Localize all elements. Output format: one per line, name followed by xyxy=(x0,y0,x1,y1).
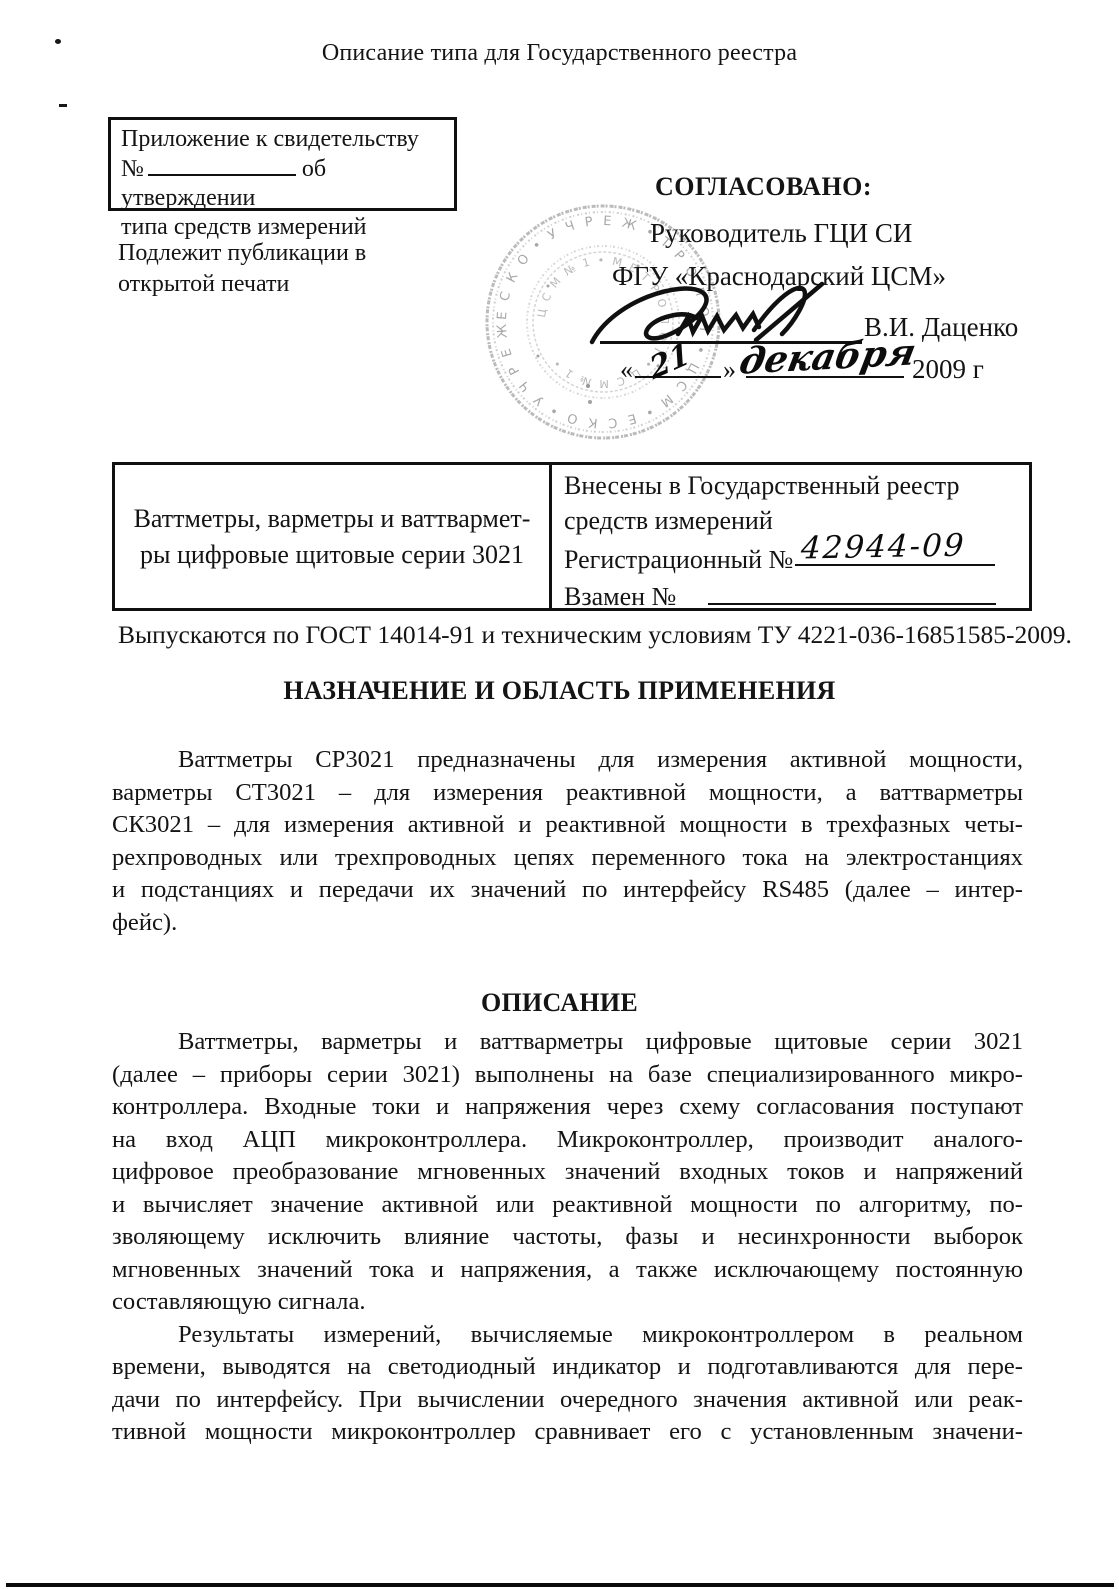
text-line: цифровое преобразование мгновенных значе… xyxy=(112,1156,1023,1189)
publication-note: Подлежит публикации в открытой печати xyxy=(118,238,366,300)
text-line: Ваттметры, варметры и ваттварметры цифро… xyxy=(112,1026,1023,1059)
text-line: составляющую сигнала. xyxy=(112,1286,1023,1319)
registry-entry-cell: Внесены в Государственный реестр средств… xyxy=(552,465,1029,608)
scan-artifact-dash xyxy=(59,104,67,107)
paragraph: Ваттметры СР3021 предназначены для измер… xyxy=(112,744,1023,939)
text-line: Ваттметры СР3021 предназначены для измер… xyxy=(112,744,1023,777)
text-line: времени, выводятся на светодиодный индик… xyxy=(112,1351,1023,1384)
appendix-line-2: №об утверждении xyxy=(121,154,444,213)
description-paragraphs: Ваттметры, варметры и ваттварметры цифро… xyxy=(112,1026,1023,1449)
approver-title: Руководитель ГЦИ СИ xyxy=(650,218,912,249)
document-header: Описание типа для Государственного реест… xyxy=(0,40,1119,67)
scan-artifact-dot xyxy=(55,39,61,44)
approval-heading: СОГЛАСОВАНО: xyxy=(655,172,872,202)
registration-number-blank: 42944-09 xyxy=(795,536,995,566)
text-line: и вычисляет значение активной или реакти… xyxy=(112,1189,1023,1222)
instrument-name-cell: Ваттметры, варметры и ваттвармет- ры циф… xyxy=(115,465,552,608)
paragraph: Результаты измерений, вычисляемые микрок… xyxy=(112,1319,1023,1449)
date-year: 2009 г xyxy=(912,354,984,384)
text-line: дачи по интерфейсу. При вычислении очере… xyxy=(112,1384,1023,1417)
text-line: зволяющему исключить влияние частоты, фа… xyxy=(112,1221,1023,1254)
text-line: и подстанциях и передачи их значений по … xyxy=(112,874,1023,907)
section-heading-description: ОПИСАНИЕ xyxy=(0,988,1119,1018)
text-line: контроллера. Входные токи и напряжения ч… xyxy=(112,1091,1023,1124)
registry-table: Ваттметры, варметры и ваттвармет- ры циф… xyxy=(112,462,1032,611)
registration-number-row: Регистрационный №42944-09 xyxy=(564,538,1019,577)
section-heading-purpose: НАЗНАЧЕНИЕ И ОБЛАСТЬ ПРИМЕНЕНИЯ xyxy=(0,676,1119,706)
text-line: (далее – приборы серии 3021) выполнены н… xyxy=(112,1059,1023,1092)
appendix-line-1: Приложение к свидетельству xyxy=(121,125,444,154)
text-line: варметры СТ3021 – для измерения реактивн… xyxy=(112,777,1023,810)
appendix-box: Приложение к свидетельству №об утвержден… xyxy=(108,117,457,211)
approval-date: «21»декабря2009 г xyxy=(620,352,984,385)
standards-line: Выпускаются по ГОСТ 14014-91 и техническ… xyxy=(118,620,1078,650)
scanned-document-page: Описание типа для Государственного реест… xyxy=(0,0,1119,1589)
text-line: фейс). xyxy=(112,907,1023,940)
scan-edge-bar xyxy=(6,1583,1114,1587)
text-line: рехпроводных или трехпроводных цепях пер… xyxy=(112,842,1023,875)
text-line: на вход АЦП микроконтроллера. Микроконтр… xyxy=(112,1124,1023,1157)
handwritten-month: декабря xyxy=(736,331,919,383)
text-line: мгновенных значений тока и напряжения, а… xyxy=(112,1254,1023,1287)
date-day-blank: 21 xyxy=(635,352,721,378)
replaces-number-blank xyxy=(708,577,996,605)
purpose-paragraph: Ваттметры СР3021 предназначены для измер… xyxy=(112,744,1023,939)
text-line: СК3021 – для измерения активной и реакти… xyxy=(112,809,1023,842)
date-month-blank: декабря xyxy=(746,352,904,378)
text-line: тивной мощности микроконтроллер сравнива… xyxy=(112,1416,1023,1449)
certificate-number-blank xyxy=(148,154,296,176)
handwritten-registration-number: 42944-09 xyxy=(800,529,966,567)
replaces-row: Взамен № xyxy=(564,577,1019,614)
paragraph: Ваттметры, варметры и ваттварметры цифро… xyxy=(112,1026,1023,1319)
text-line: Результаты измерений, вычисляемые микрок… xyxy=(112,1319,1023,1352)
